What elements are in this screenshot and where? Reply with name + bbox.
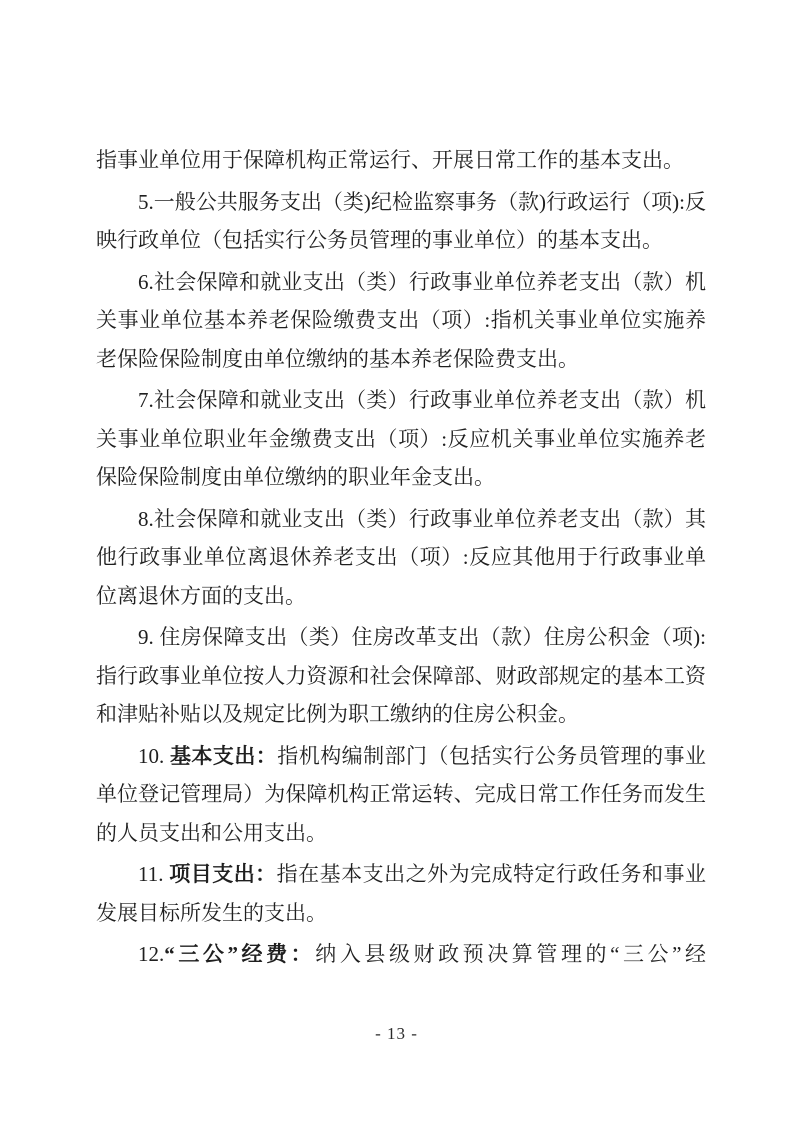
- paragraph-text: 8.社会保障和就业支出（类）行政事业单位养老支出（款）其他行政事业单位离退休养老…: [96, 507, 706, 608]
- page-number: - 13 -: [0, 1024, 793, 1044]
- paragraph-text: 指事业单位用于保障机构正常运行、开展日常工作的基本支出。: [96, 148, 684, 172]
- term-bold: 基本支出：: [170, 744, 277, 768]
- term-bold: 项目支出：: [169, 862, 276, 886]
- paragraph: 指事业单位用于保障机构正常运行、开展日常工作的基本支出。: [96, 141, 706, 180]
- term-bold: “三公”经费：: [164, 942, 315, 966]
- paragraph: 8.社会保障和就业支出（类）行政事业单位养老支出（款）其他行政事业单位离退休养老…: [96, 500, 706, 616]
- document-body: 指事业单位用于保障机构正常运行、开展日常工作的基本支出。5.一般公共服务支出（类…: [96, 141, 706, 977]
- paragraph-text: 5.一般公共服务支出（类)纪检监察事务（款)行政运行（项):反映行政单位（包括实…: [96, 190, 706, 253]
- paragraph: 7.社会保障和就业支出（类）行政事业单位养老支出（款）机关事业单位职业年金缴费支…: [96, 381, 706, 497]
- paragraph: 11. 项目支出：指在基本支出之外为完成特定行政任务和事业发展目标所发生的支出。: [96, 855, 706, 932]
- paragraph-text: 10.: [138, 744, 170, 768]
- paragraph-text: 11.: [138, 862, 169, 886]
- paragraph-text: 6.社会保障和就业支出（类）行政事业单位养老支出（款）机关事业单位基本养老保险缴…: [96, 270, 706, 371]
- paragraph: 12.“三公”经费：纳入县级财政预决算管理的“三公”经: [96, 935, 706, 974]
- paragraph: 6.社会保障和就业支出（类）行政事业单位养老支出（款）机关事业单位基本养老保险缴…: [96, 263, 706, 379]
- paragraph-text: 7.社会保障和就业支出（类）行政事业单位养老支出（款）机关事业单位职业年金缴费支…: [96, 388, 706, 489]
- paragraph: 9. 住房保障支出（类）住房改革支出（款）住房公积金（项):指行政事业单位按人力…: [96, 618, 706, 734]
- paragraph-text: 12.: [138, 942, 164, 966]
- document-page: 指事业单位用于保障机构正常运行、开展日常工作的基本支出。5.一般公共服务支出（类…: [0, 0, 793, 1122]
- paragraph: 5.一般公共服务支出（类)纪检监察事务（款)行政运行（项):反映行政单位（包括实…: [96, 183, 706, 260]
- paragraph-text: 纳入县级财政预决算管理的“三公”经: [315, 942, 706, 966]
- paragraph: 10. 基本支出：指机构编制部门（包括实行公务员管理的事业单位登记管理局）为保障…: [96, 737, 706, 853]
- paragraph-text: 9. 住房保障支出（类）住房改革支出（款）住房公积金（项):指行政事业单位按人力…: [96, 625, 706, 726]
